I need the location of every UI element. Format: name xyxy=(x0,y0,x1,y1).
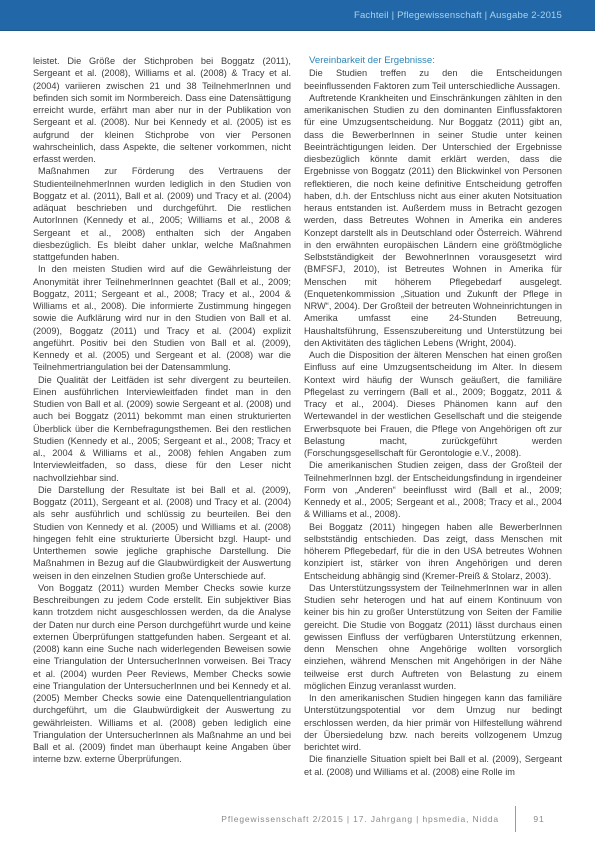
header-running-title: Fachteil | Pflegewissenschaft | Ausgabe … xyxy=(354,10,562,21)
paragraph: Die finanzielle Situation spielt bei Bal… xyxy=(304,753,562,778)
paragraph: In den meisten Studien wird auf die Gewä… xyxy=(33,263,291,373)
section-heading: Vereinbarkeit der Ergebnisse: xyxy=(304,55,562,67)
column-left: leistet. Die Größe der Stichproben bei B… xyxy=(33,55,291,790)
paragraph: Maßnahmen zur Förderung des Vertrauens d… xyxy=(33,165,291,263)
footer-journal-info: Pflegewissenschaft 2/2015 | 17. Jahrgang… xyxy=(221,814,499,824)
column-right: Vereinbarkeit der Ergebnisse: Die Studie… xyxy=(304,55,562,790)
paragraph: Von Boggatz (2011) wurden Member Checks … xyxy=(33,582,291,766)
paragraph: Auch die Disposition der älteren Mensche… xyxy=(304,349,562,459)
article-body: leistet. Die Größe der Stichproben bei B… xyxy=(33,55,562,790)
paragraph: Die amerikanischen Studien zeigen, dass … xyxy=(304,459,562,520)
paragraph: In den amerikanischen Studien hingegen k… xyxy=(304,692,562,753)
column-right-paragraphs: Die Studien treffen zu den die Entscheid… xyxy=(304,67,562,778)
paragraph: Die Studien treffen zu den die Entscheid… xyxy=(304,67,562,92)
paragraph: Das Unterstützungssystem der TeilnehmerI… xyxy=(304,582,562,692)
paragraph: Bei Boggatz (2011) hingegen haben alle B… xyxy=(304,521,562,582)
header-bar: Fachteil | Pflegewissenschaft | Ausgabe … xyxy=(0,0,595,31)
paragraph: leistet. Die Größe der Stichproben bei B… xyxy=(33,55,291,165)
footer: Pflegewissenschaft 2/2015 | 17. Jahrgang… xyxy=(0,806,562,832)
page-number: 91 xyxy=(516,814,562,824)
journal-page: Fachteil | Pflegewissenschaft | Ausgabe … xyxy=(0,0,595,842)
paragraph: Die Darstellung der Resultate ist bei Ba… xyxy=(33,484,291,582)
paragraph: Die Qualität der Leitfäden ist sehr dive… xyxy=(33,374,291,484)
paragraph: Auftretende Krankheiten und Einschränkun… xyxy=(304,92,562,349)
